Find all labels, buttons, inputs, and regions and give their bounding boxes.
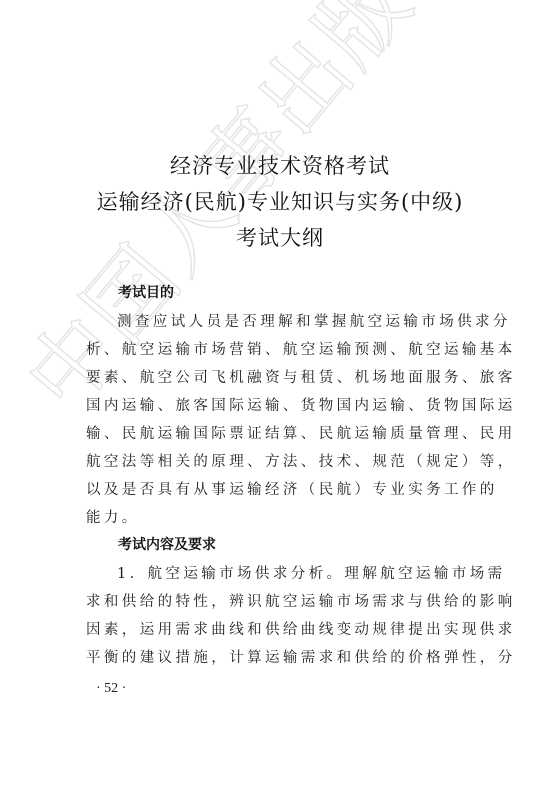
document-title: 经济专业技术资格考试 运输经济(民航)专业知识与实务(中级) 考试大纲 (0, 148, 560, 256)
paragraph: 1．航空运输市场供求分析。理解航空运输市场需 求和供给的特性，辨识航空运输市场需… (86, 560, 476, 672)
document-body: 考试目的 测查应试人员是否理解和掌握航空运输市场供求分 析、航空运输市场营销、航… (86, 282, 476, 672)
text-line: 要素、航空公司飞机融资与租赁、机场地面服务、旅客 (86, 364, 476, 392)
page-number: · 52 · (96, 681, 126, 697)
text-line: 析、航空运输市场营销、航空运输预测、航空运输基本 (86, 336, 476, 364)
text-line: 因素，运用需求曲线和供给曲线变动规律提出实现供求 (86, 616, 476, 644)
text-line: 以及是否具有从事运输经济（民航）专业实务工作的 (86, 476, 476, 504)
title-line-3: 考试大纲 (0, 220, 560, 256)
text-line: 输、民航运输国际票证结算、民航运输质量管理、民用 (86, 420, 476, 448)
section-exam-purpose: 考试目的 测查应试人员是否理解和掌握航空运输市场供求分 析、航空运输市场营销、航… (86, 282, 476, 532)
text-line: 航空法等相关的原理、方法、技术、规范（规定）等， (86, 448, 476, 476)
title-line-2: 运输经济(民航)专业知识与实务(中级) (0, 184, 560, 220)
paragraph: 测查应试人员是否理解和掌握航空运输市场供求分 析、航空运输市场营销、航空运输预测… (86, 308, 476, 532)
text-line: 能力。 (86, 504, 476, 532)
text-line: 测查应试人员是否理解和掌握航空运输市场供求分 (86, 308, 476, 336)
text-line: 国内运输、旅客国际运输、货物国内运输、货物国际运 (86, 392, 476, 420)
document-page: 中国人事出版社 经济专业技术资格考试 运输经济(民航)专业知识与实务(中级) 考… (0, 0, 560, 794)
section-exam-content: 考试内容及要求 1．航空运输市场供求分析。理解航空运输市场需 求和供给的特性，辨… (86, 534, 476, 672)
text-line: 1．航空运输市场供求分析。理解航空运输市场需 (86, 560, 476, 588)
section-heading: 考试目的 (86, 282, 476, 304)
section-heading: 考试内容及要求 (86, 534, 476, 556)
title-line-1: 经济专业技术资格考试 (0, 148, 560, 184)
text-line: 求和供给的特性，辨识航空运输市场需求与供给的影响 (86, 588, 476, 616)
text-line: 平衡的建议措施，计算运输需求和供给的价格弹性，分 (86, 644, 476, 672)
